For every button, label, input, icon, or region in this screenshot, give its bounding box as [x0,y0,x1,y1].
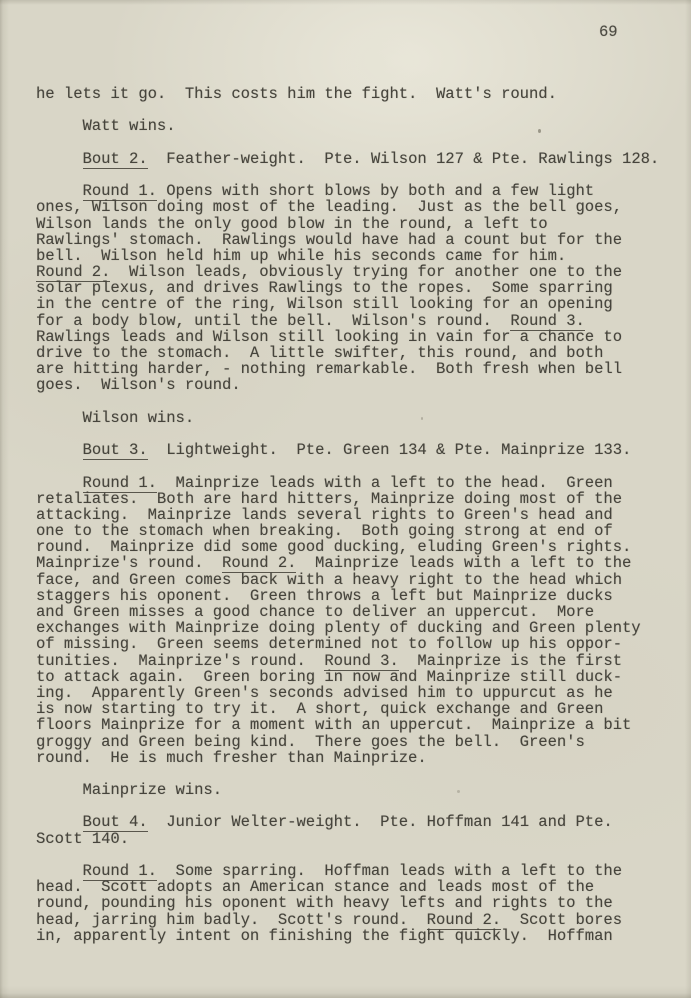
blank-line [36,426,676,442]
text-line: retaliates. Both are hard hitters, Mainp… [36,491,676,507]
text-segment: Watt wins. [36,117,176,135]
text-segment: Junior Welter-weight. Pte. Hoffman 141 a… [148,813,613,831]
text-line: goes. Wilson's round. [36,377,676,393]
text-line: Watt wins. [36,118,676,134]
text-segment: Scott 140. [36,830,129,848]
text-line: Rawlings' stomach. Rawlings would have h… [36,232,676,248]
text-line: ones, Wilson doing most of the leading. … [36,199,676,215]
text-line: head, jarring him badly. Scott's round. … [36,912,676,928]
text-line: in the centre of the ring, Wilson still … [36,296,676,312]
text-segment: Wilson wins. [36,409,194,427]
text-line: Scott 140. [36,831,676,847]
text-line: exchanges with Mainprize doing plenty of… [36,620,676,636]
text-segment: goes. Wilson's round. [36,376,241,394]
text-line: groggy and Green being kind. There goes … [36,734,676,750]
underlined-heading: Bout 3. [83,441,148,460]
document-body: he lets it go. This costs him the fight.… [36,86,676,944]
text-line: Bout 4. Junior Welter-weight. Pte. Hoffm… [36,814,676,830]
ink-speck [421,417,423,420]
text-line: he lets it go. This costs him the fight.… [36,86,676,102]
ink-speck [538,129,541,133]
text-line: for a body blow, until the bell. Wilson'… [36,313,676,329]
blank-line [36,458,676,474]
text-line: round. He is much fresher than Mainprize… [36,750,676,766]
text-line: Wilson lands the only good blow in the r… [36,216,676,232]
blank-line [36,766,676,782]
text-segment: Lightweight. Pte. Green 134 & Pte. Mainp… [148,441,632,459]
text-line: and Green misses a good chance to delive… [36,604,676,620]
text-line: drive to the stomach. A little swifter, … [36,345,676,361]
page-number: 69 [599,24,618,40]
text-line: ing. Apparently Green's seconds advised … [36,685,676,701]
text-line: solar plexus, and drives Rawlings to the… [36,280,676,296]
blank-line [36,847,676,863]
text-line: round, pounding his oponent with heavy l… [36,895,676,911]
text-line: tunities. Mainprize's round. Round 3. Ma… [36,653,676,669]
text-line: round. Mainprize did some good ducking, … [36,539,676,555]
text-line: Round 2. Wilson leads, obviously trying … [36,264,676,280]
text-segment: Feather-weight. Pte. Wilson 127 & Pte. R… [148,150,660,168]
blank-line [36,167,676,183]
text-line: head. Scott adopts an American stance an… [36,879,676,895]
text-segment: in, apparently intent on finishing the f… [36,927,613,945]
text-line: Rawlings leads and Wilson still looking … [36,329,676,345]
text-line: face, and Green comes back with a heavy … [36,572,676,588]
text-line: Bout 3. Lightweight. Pte. Green 134 & Pt… [36,442,676,458]
blank-line [36,135,676,151]
text-line: Mainprize's round. Round 2. Mainprize le… [36,555,676,571]
text-line: of missing. Green seems determined not t… [36,636,676,652]
underlined-heading: Bout 2. [83,150,148,169]
blank-line [36,102,676,118]
text-segment: round. He is much fresher than Mainprize… [36,749,427,767]
text-segment: Mainprize wins. [36,781,222,799]
text-line: Wilson wins. [36,410,676,426]
blank-line [36,798,676,814]
scanned-document-page: 69 he lets it go. This costs him the fig… [0,0,691,998]
text-line: is now starting to try it. A short, quic… [36,701,676,717]
text-line: Round 1. Mainprize leads with a left to … [36,475,676,491]
text-line: staggers his oponent. Green throws a lef… [36,588,676,604]
text-segment: he lets it go. This costs him the fight.… [36,85,557,103]
text-line: are hitting harder, - nothing remarkable… [36,361,676,377]
ink-speck [457,790,460,793]
text-line: one to the stomach when breaking. Both g… [36,523,676,539]
text-line: Round 1. Opens with short blows by both … [36,183,676,199]
text-line: to attack again. Green boring in now and… [36,669,676,685]
text-line: bell. Wilson held him up while his secon… [36,248,676,264]
text-line: Mainprize wins. [36,782,676,798]
text-line: in, apparently intent on finishing the f… [36,928,676,944]
text-line: attacking. Mainprize lands several right… [36,507,676,523]
text-line: Bout 2. Feather-weight. Pte. Wilson 127 … [36,151,676,167]
text-line: Round 1. Some sparring. Hoffman leads wi… [36,863,676,879]
blank-line [36,394,676,410]
text-line: floors Mainprize for a moment with an up… [36,717,676,733]
